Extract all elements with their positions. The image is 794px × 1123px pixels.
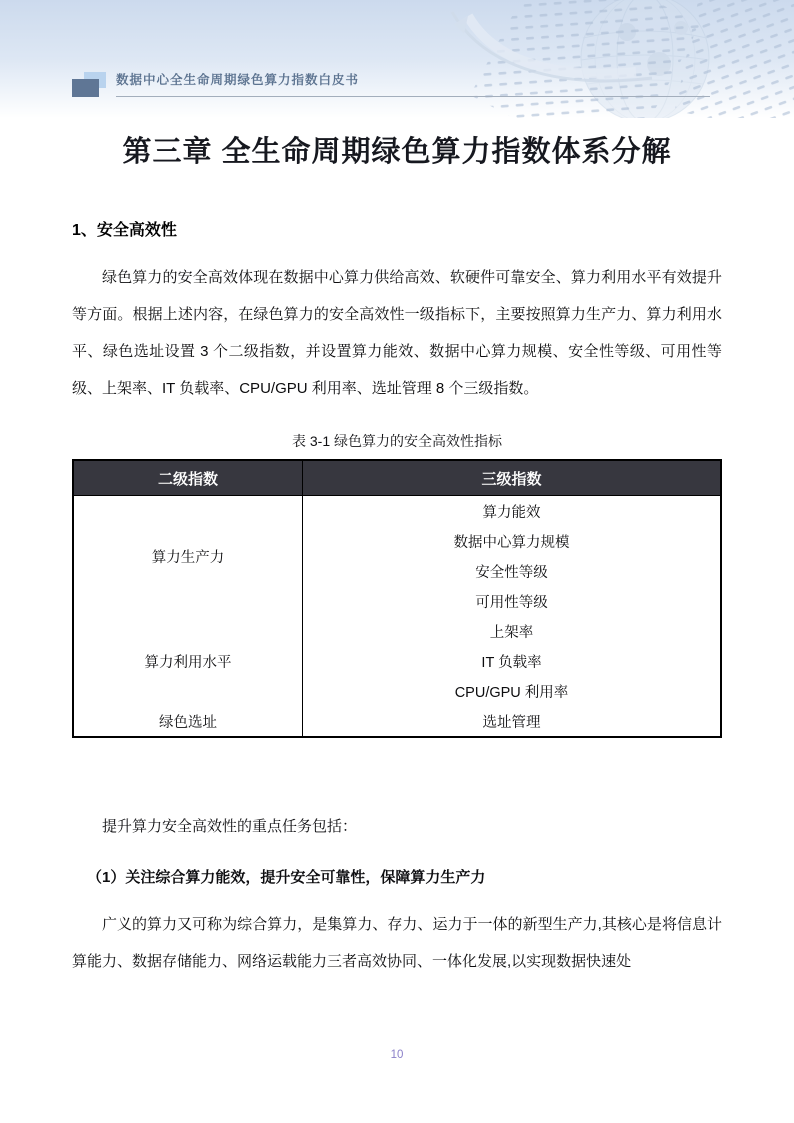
- table-header-row: 二级指数 三级指数: [73, 460, 721, 496]
- sub-cell: CPU/GPU 利用率: [303, 676, 722, 706]
- group-cell: 算力生产力: [73, 496, 303, 617]
- sub-cell: 选址管理: [303, 706, 722, 737]
- chapter-title: 第三章 全生命周期绿色算力指数体系分解: [72, 134, 722, 170]
- col-header-secondary-index: 二级指数: [73, 460, 303, 496]
- page-number: 10: [0, 1049, 794, 1061]
- logo-square-dark: [72, 79, 99, 97]
- paragraph-broad-computing: 广义的算力又可称为综合算力，是集算力、存力、运力于一体的新型生产力,其核心是将信…: [72, 906, 722, 980]
- section-heading: 1、安全高效性: [72, 217, 722, 240]
- header-rule: 数据中心全生命周期绿色算力指数白皮书: [116, 70, 710, 97]
- sub-cell: 安全性等级: [303, 556, 722, 586]
- sub-cell: 算力能效: [303, 496, 722, 527]
- task1-heading: （1）关注综合算力能效，提升安全可靠性，保障算力生产力: [72, 859, 722, 896]
- table-row: 算力生产力 算力能效: [73, 496, 721, 527]
- sub-cell: 数据中心算力规模: [303, 526, 722, 556]
- table-caption: 表 3-1 绿色算力的安全高效性指标: [72, 431, 722, 451]
- page-content: 数据中心全生命周期绿色算力指数白皮书 第三章 全生命周期绿色算力指数体系分解 1…: [0, 0, 794, 980]
- group-cell: 算力利用水平: [73, 616, 303, 706]
- group-cell: 绿色选址: [73, 706, 303, 737]
- col-header-tertiary-index: 三级指数: [303, 460, 722, 496]
- sub-cell: 上架率: [303, 616, 722, 646]
- indicator-table: 二级指数 三级指数 算力生产力 算力能效 数据中心算力规模 安全性等级 可用性等…: [72, 459, 722, 738]
- paragraph-intro: 绿色算力的安全高效体现在数据中心算力供给高效、软硬件可靠安全、算力利用水平有效提…: [72, 259, 722, 407]
- tasks-intro: 提升算力安全高效性的重点任务包括：: [72, 808, 722, 845]
- logo-icon: [72, 71, 110, 97]
- sub-cell: IT 负载率: [303, 646, 722, 676]
- table-row: 绿色选址 选址管理: [73, 706, 721, 737]
- document-page: 数据中心全生命周期绿色算力指数白皮书 第三章 全生命周期绿色算力指数体系分解 1…: [0, 0, 794, 1123]
- document-title: 数据中心全生命周期绿色算力指数白皮书: [116, 73, 359, 87]
- table-row: 算力利用水平 上架率: [73, 616, 721, 646]
- sub-cell: 可用性等级: [303, 586, 722, 616]
- page-header: 数据中心全生命周期绿色算力指数白皮书: [72, 0, 722, 97]
